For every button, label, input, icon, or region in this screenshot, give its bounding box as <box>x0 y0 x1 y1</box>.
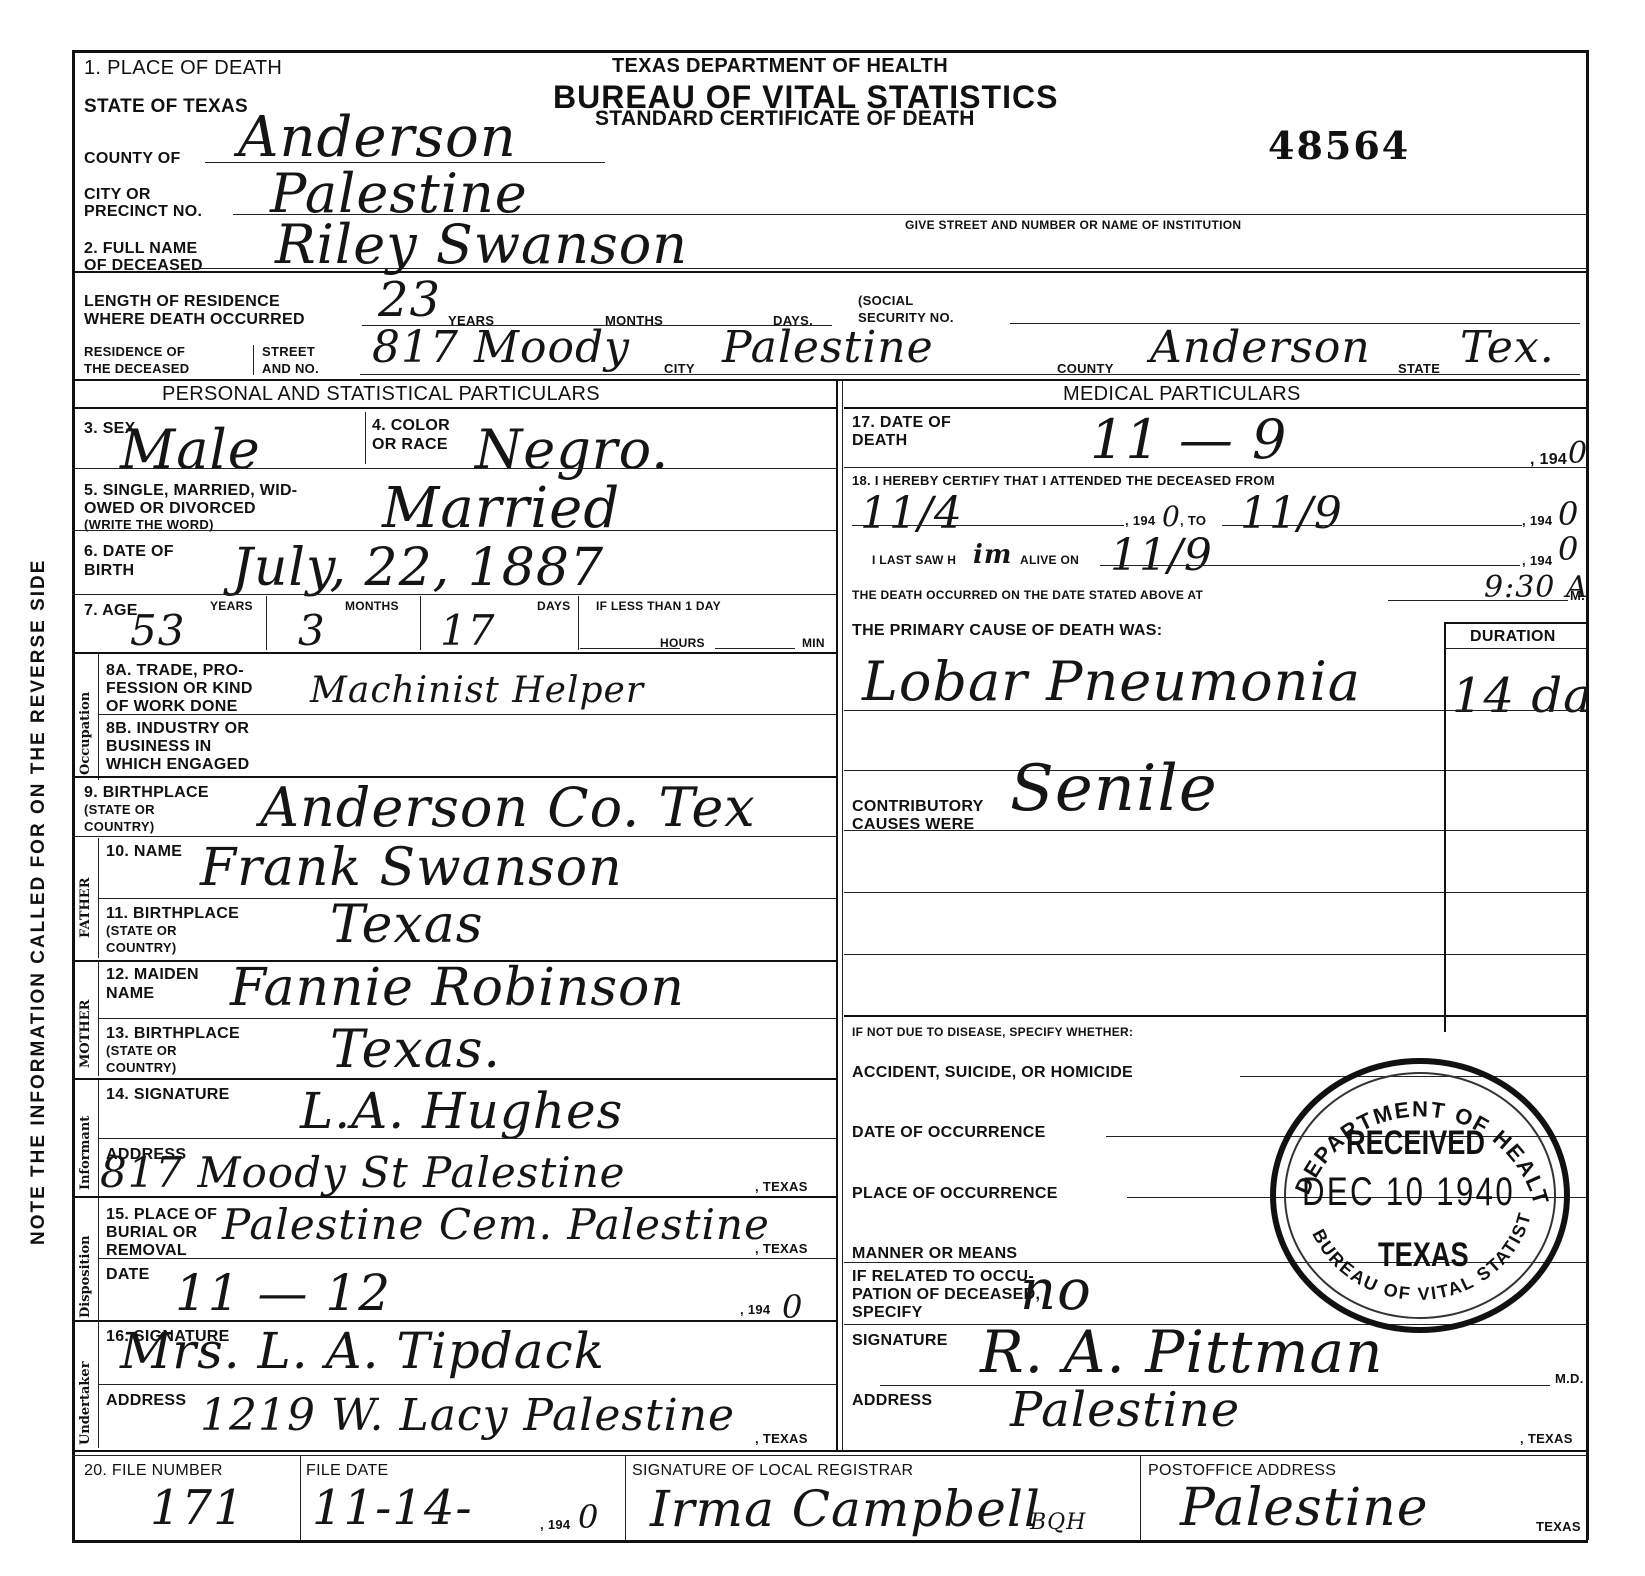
deceased-name-value: Riley Swanson <box>275 213 688 276</box>
file-date-year-prefix: , 194 <box>540 1518 570 1532</box>
residence-label-1: RESIDENCE OF <box>84 345 185 359</box>
father-birthplace-value: Texas <box>330 895 483 955</box>
last-saw-year-digit: 0 <box>1558 530 1579 568</box>
burial-place-value: Palestine Cem. Palestine <box>222 1200 770 1249</box>
state-label: STATE OF TEXAS <box>84 98 248 115</box>
informant-address-value: 817 Moody St Palestine <box>100 1148 626 1197</box>
reverse-side-note: NOTE THE INFORMATION CALLED FOR ON THE R… <box>28 559 50 1245</box>
burial-date-value: 11 — 12 <box>175 1264 391 1322</box>
stamp-state: TEXAS <box>1378 1236 1469 1275</box>
informant-address-texas: , TEXAS <box>755 1180 808 1194</box>
race-label-1: 4. COLOR <box>372 417 450 434</box>
file-number-value: 171 <box>150 1480 245 1536</box>
age-days-label: DAYS <box>537 600 570 613</box>
disposition-section-label: Disposition <box>78 1235 93 1318</box>
burial-label-3: REMOVAL <box>106 1242 187 1259</box>
file-date-year-digit: 0 <box>578 1498 599 1536</box>
dob-label-1: 6. DATE OF <box>84 543 174 560</box>
burial-label-2: BURIAL OR <box>106 1224 197 1241</box>
trade-label-2: FESSION OR KIND <box>106 680 253 697</box>
mother-birthplace-label-3: COUNTRY) <box>106 1061 177 1075</box>
mother-birthplace-label-2: (STATE OR <box>106 1044 177 1058</box>
postoffice-label: POSTOFFICE ADDRESS <box>1148 1462 1336 1479</box>
burial-date-label: DATE <box>106 1266 150 1283</box>
trade-value: Machinist Helper <box>310 670 644 711</box>
informant-section-label: Informant <box>78 1116 93 1190</box>
age-months-label: MONTHS <box>345 600 399 613</box>
age-years-label: YEARS <box>210 600 253 613</box>
father-name-label: 10. NAME <box>106 843 182 860</box>
dob-label-2: BIRTH <box>84 562 134 579</box>
physician-address-label: ADDRESS <box>852 1392 932 1409</box>
file-number-label: 20. FILE NUMBER <box>84 1462 223 1479</box>
trade-label-3: OF WORK DONE <box>106 698 238 715</box>
file-date-label: FILE DATE <box>306 1462 388 1479</box>
mother-name-label-1: 12. MAIDEN <box>106 966 199 983</box>
death-date-value: 11 — 9 <box>1090 408 1287 471</box>
county-label: COUNTY OF <box>84 150 181 167</box>
death-date-label-2: DEATH <box>852 432 907 449</box>
occupation-related-label-2: PATION OF DECEASED, <box>852 1286 1040 1303</box>
residence-years-value: 23 <box>378 272 441 328</box>
mother-birthplace-value: Texas. <box>330 1020 501 1080</box>
ssn-label-1: (SOCIAL <box>858 294 914 308</box>
death-time-label: THE DEATH OCCURRED ON THE DATE STATED AB… <box>852 589 1203 602</box>
accident-label: ACCIDENT, SUICIDE, OR HOMICIDE <box>852 1064 1133 1081</box>
physician-address-value: Palestine <box>1010 1382 1240 1438</box>
certify-label: 18. I HEREBY CERTIFY THAT I ATTENDED THE… <box>852 474 1275 488</box>
postoffice-value: Palestine <box>1180 1478 1429 1538</box>
death-year-digit: 0 <box>1568 436 1588 471</box>
trade-label-1: 8A. TRADE, PRO- <box>106 662 244 679</box>
father-birthplace-label-2: (STATE OR <box>106 924 177 938</box>
marital-label-2: OWED OR DIVORCED <box>84 500 256 517</box>
death-date-label-1: 17. DATE OF <box>852 414 951 431</box>
birthplace-label-3: COUNTRY) <box>84 820 155 834</box>
age-months-value: 3 <box>298 606 326 655</box>
father-birthplace-label-1: 11. BIRTHPLACE <box>106 905 239 922</box>
certificate-number: 48564 <box>1268 123 1410 168</box>
burial-label-1: 15. PLACE OF <box>106 1206 217 1223</box>
ssn-value <box>1012 304 1572 322</box>
contributory-value: Senile <box>1010 752 1218 826</box>
residence-street-value: 817 Moody <box>372 322 630 373</box>
last-saw-value: 11/9 <box>1110 530 1213 581</box>
race-value: Negro. <box>475 418 669 481</box>
manner-label: MANNER OR MEANS <box>852 1245 1017 1262</box>
street-label-2: AND NO. <box>262 362 319 376</box>
marital-value: Married <box>382 476 620 541</box>
birthplace-label-2: (STATE OR <box>84 803 155 817</box>
physician-address-texas: , TEXAS <box>1520 1432 1573 1446</box>
attended-from-year-digit: 0 <box>1162 500 1181 533</box>
received-stamp: DEPARTMENT OF HEALTH BUREAU OF VITAL STA… <box>1270 1058 1570 1333</box>
mother-section-label: MOTHER <box>78 1000 93 1068</box>
contributory-label-1: CONTRIBUTORY <box>852 798 984 815</box>
race-label-2: OR RACE <box>372 436 448 453</box>
less-than-day-label: IF LESS THAN 1 DAY <box>596 600 721 613</box>
postoffice-texas: TEXAS <box>1536 1520 1581 1534</box>
attended-from-year-prefix: , 194 <box>1125 514 1155 528</box>
stamp-received: RECEIVED <box>1346 1124 1485 1163</box>
street-hint: GIVE STREET AND NUMBER OR NAME OF INSTIT… <box>905 219 1241 232</box>
industry-label-1: 8B. INDUSTRY OR <box>106 720 249 737</box>
min-label: MIN <box>802 637 825 650</box>
dob-value: July, 22, 1887 <box>232 538 604 598</box>
mother-birthplace-label-1: 13. BIRTHPLACE <box>106 1025 240 1042</box>
residence-city-value: Palestine <box>722 322 934 373</box>
full-name-label-1: 2. FULL NAME <box>84 240 198 257</box>
death-time-suffix: M. <box>1570 589 1585 603</box>
city-label-2: PRECINCT NO. <box>84 203 202 220</box>
undertaker-address-label: ADDRESS <box>106 1392 186 1409</box>
industry-label-3: WHICH ENGAGED <box>106 756 249 773</box>
registrar-label: SIGNATURE OF LOCAL REGISTRAR <box>632 1462 913 1479</box>
undertaker-address-value: 1219 W. Lacy Palestine <box>200 1390 735 1441</box>
birthplace-label-1: 9. BIRTHPLACE <box>84 784 209 801</box>
undertaker-section-label: Undertaker <box>78 1361 93 1445</box>
county-value: Anderson <box>238 105 517 170</box>
death-year-prefix: , 194 <box>1530 451 1567 468</box>
burial-texas: , TEXAS <box>755 1242 808 1256</box>
occupation-related-label-3: SPECIFY <box>852 1304 923 1321</box>
burial-year-prefix: , 194 <box>740 1303 770 1317</box>
attended-from-value: 11/4 <box>860 488 963 539</box>
father-name-value: Frank Swanson <box>200 838 623 898</box>
undertaker-address-texas: , TEXAS <box>755 1432 808 1446</box>
to-label: , TO <box>1180 514 1206 528</box>
medical-section-title: MEDICAL PARTICULARS <box>1063 386 1301 403</box>
duration-value: 14 da <box>1452 668 1593 724</box>
city-label-1: CITY OR <box>84 186 151 203</box>
industry-label-2: BUSINESS IN <box>106 738 212 755</box>
attended-to-value: 11/9 <box>1240 488 1343 539</box>
hours-label: HOURS <box>660 637 705 650</box>
department-title: TEXAS DEPARTMENT OF HEALTH <box>612 58 948 75</box>
physician-signature-label: SIGNATURE <box>852 1332 948 1349</box>
residence-state-value: Tex. <box>1460 322 1555 373</box>
father-section-label: FATHER <box>78 877 93 938</box>
mother-name-label-2: NAME <box>106 985 154 1002</box>
occurrence-place-label: PLACE OF OCCURRENCE <box>852 1185 1058 1202</box>
informant-signature-label: 14. SIGNATURE <box>106 1086 230 1103</box>
stamp-date: DEC 10 1940 <box>1302 1170 1515 1215</box>
occupation-section-label: Occupation <box>78 692 93 775</box>
primary-cause-value: Lobar Pneumonia <box>862 650 1361 713</box>
residence-length-label-2: WHERE DEATH OCCURRED <box>84 311 305 328</box>
age-days-value: 17 <box>440 606 495 655</box>
personal-section-title: PERSONAL AND STATISTICAL PARTICULARS <box>162 386 600 403</box>
registrar-initials: BQH <box>1030 1510 1086 1535</box>
industry-value <box>310 730 810 760</box>
occupation-related-value: no <box>1020 1258 1092 1323</box>
duration-label: DURATION <box>1470 628 1556 645</box>
place-of-death-label: 1. PLACE OF DEATH <box>84 60 282 77</box>
occurrence-date-label: DATE OF OCCURRENCE <box>852 1124 1046 1141</box>
marital-label-1: 5. SINGLE, MARRIED, WID- <box>84 482 297 499</box>
father-birthplace-label-3: COUNTRY) <box>106 941 177 955</box>
age-years-value: 53 <box>130 606 185 655</box>
last-saw-him: im <box>973 540 1012 570</box>
registrar-signature-value: Irma Campbell <box>650 1480 1041 1538</box>
residence-label-2: THE DECEASED <box>84 362 189 376</box>
file-date-value: 11-14- <box>312 1480 473 1536</box>
last-saw-year-prefix: , 194 <box>1522 554 1552 568</box>
attended-to-year-digit: 0 <box>1558 495 1579 533</box>
informant-signature-value: L.A. Hughes <box>300 1082 623 1140</box>
sex-value: Male <box>120 418 261 481</box>
form-title: STANDARD CERTIFICATE OF DEATH <box>595 110 975 127</box>
not-disease-label: IF NOT DUE TO DISEASE, SPECIFY WHETHER: <box>852 1026 1133 1039</box>
mother-name-value: Fannie Robinson <box>230 958 685 1018</box>
birthplace-value: Anderson Co. Tex <box>260 776 756 839</box>
residence-county-value: Anderson <box>1150 322 1371 373</box>
undertaker-signature-value: Mrs. L. A. Tipdack <box>120 1322 605 1380</box>
occupation-related-label-1: IF RELATED TO OCCU- <box>852 1268 1034 1285</box>
attended-to-year-prefix: , 194 <box>1522 514 1552 528</box>
residence-length-label-1: LENGTH OF RESIDENCE <box>84 293 280 310</box>
street-label-1: STREET <box>262 345 315 359</box>
md-suffix: M.D. <box>1555 1372 1584 1386</box>
primary-cause-label: THE PRIMARY CAUSE OF DEATH WAS: <box>852 622 1162 639</box>
last-saw-label-1: I LAST SAW H <box>872 554 956 567</box>
last-saw-label-2: ALIVE ON <box>1020 554 1079 567</box>
